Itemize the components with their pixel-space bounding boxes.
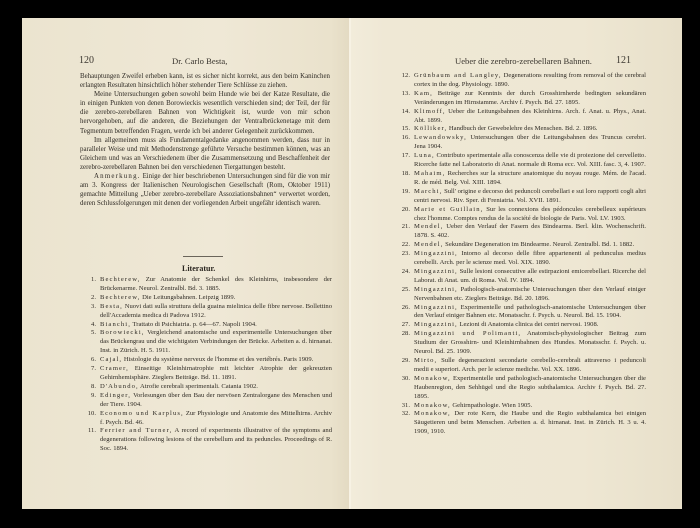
- reference-list-right: 12.Grünbaum and Langley, Degenerations r…: [394, 72, 646, 437]
- reference-item: 21.Mendel, Ueber den Verlauf der Fasern …: [394, 223, 646, 241]
- reference-number: 4.: [80, 321, 96, 330]
- reference-item: 8.D'Abundo, Atrofie cerebrali sperimenta…: [80, 383, 332, 392]
- book-spine: [349, 18, 351, 509]
- reference-number: 12.: [394, 72, 410, 81]
- reference-author: Edinger,: [100, 392, 131, 399]
- reference-author: Kölliker,: [414, 125, 447, 132]
- reference-item: 20.Marie et Guillain, Sur les connexions…: [394, 206, 646, 224]
- reference-text: Gehirnpathologie. Wien 1905.: [452, 402, 532, 409]
- reference-number: 18.: [394, 170, 410, 179]
- literature-heading: Literatur.: [182, 264, 215, 273]
- reference-number: 27.: [394, 321, 410, 330]
- reference-author: Monakow,: [414, 375, 451, 382]
- reference-author: Marie et Guillain,: [414, 206, 483, 213]
- reference-author: Monakow,: [414, 402, 451, 409]
- reference-number: 32.: [394, 410, 410, 419]
- reference-author: D'Abundo,: [100, 383, 139, 390]
- reference-author: Mingazzini,: [414, 268, 458, 275]
- reference-item: 7.Cramer, Einseitige Kleinhirnatrophie m…: [80, 365, 332, 383]
- reference-author: Kam,: [414, 90, 433, 97]
- reference-author: Mendel,: [414, 223, 444, 230]
- left-body-text: Behauptungen Zweifel erheben kann, ist e…: [80, 72, 330, 208]
- reference-author: Mirto,: [414, 357, 437, 364]
- note-label: Anmerkung.: [94, 173, 141, 180]
- reference-author: Mingazzini,: [414, 250, 458, 257]
- reference-item: 18.Mahaim, Recherches sur la structure a…: [394, 170, 646, 188]
- reference-text: Sekundäre Degeneration im Bindearme. Neu…: [445, 241, 634, 248]
- reference-item: 5.Borowiecki, Vergleichend anatomische u…: [80, 329, 332, 356]
- reference-number: 16.: [394, 134, 410, 143]
- reference-item: 27.Mingazzini, Lezioni di Anatomia clini…: [394, 321, 646, 330]
- reference-item: 13.Kam, Beiträge zur Kenntnis der durch …: [394, 90, 646, 108]
- reference-number: 28.: [394, 330, 410, 339]
- reference-author: Mingazzini,: [414, 321, 458, 328]
- paragraph: Im allgemeinen muss als Fundamentalgedan…: [80, 136, 330, 172]
- reference-item: 26.Mingazzini, Experimentelle und pathol…: [394, 304, 646, 322]
- reference-author: Mingazzini,: [414, 286, 458, 293]
- reference-author: Economo und Karplus,: [100, 410, 184, 417]
- reference-author: Besta,: [100, 303, 123, 310]
- reference-text: Einseitige Kleinhirnatrophie mit leichte…: [100, 365, 332, 381]
- reference-item: 10.Economo und Karplus, Zur Physiologie …: [80, 410, 332, 428]
- reference-item: 15.Kölliker, Handbuch der Gewebelehre de…: [394, 125, 646, 134]
- reference-text: Trattato di Psichiatria. p. 64—67. Napol…: [133, 321, 257, 328]
- reference-text: Beiträge zur Kenntnis der durch Grosshir…: [414, 90, 646, 106]
- reference-author: Cramer,: [100, 365, 129, 372]
- reference-number: 15.: [394, 125, 410, 134]
- reference-number: 2.: [80, 294, 96, 303]
- reference-item: 29.Mirto, Sulle degenerazioni secondarie…: [394, 357, 646, 375]
- reference-number: 22.: [394, 241, 410, 250]
- reference-text: Nuovi dati sulla struttura della guaina …: [100, 303, 332, 319]
- reference-author: Mahaim,: [414, 170, 445, 177]
- reference-item: 14.Klimoff, Ueber die Leitungsbahnen des…: [394, 108, 646, 126]
- reference-number: 23.: [394, 250, 410, 259]
- reference-number: 11.: [80, 427, 96, 436]
- reference-item: 30.Monakow, Experimentelle und pathologi…: [394, 375, 646, 402]
- reference-author: Luna,: [414, 152, 435, 159]
- reference-text: Ueber die Leitungsbahnen des Kleinhirns.…: [414, 108, 646, 124]
- reference-author: Lewandowsky,: [414, 134, 467, 141]
- note-paragraph: Anmerkung. Einige der hier beschriebenen…: [80, 172, 330, 208]
- right-page-number: 121: [616, 55, 631, 66]
- section-divider: [183, 256, 223, 257]
- reference-item: 17.Luna, Contributo sperimentale alla co…: [394, 152, 646, 170]
- reference-item: 24.Mingazzini, Sulle lesioni consecutive…: [394, 268, 646, 286]
- reference-number: 13.: [394, 90, 410, 99]
- reference-text: Vorlesungen über den Bau der nervösen Ze…: [100, 392, 332, 408]
- reference-number: 25.: [394, 286, 410, 295]
- reference-item: 6.Cajal, Histologie du système nerveux d…: [80, 356, 332, 365]
- reference-text: Histologie du système nerveux de l'homme…: [124, 356, 313, 363]
- reference-number: 24.: [394, 268, 410, 277]
- reference-text: Atrofie cerebrali sperimentali. Catania …: [140, 383, 258, 390]
- left-running-head: Dr. Carlo Besta,: [172, 56, 227, 66]
- reference-item: 22.Mendel, Sekundäre Degeneration im Bin…: [394, 241, 646, 250]
- reference-number: 9.: [80, 392, 96, 401]
- reference-author: Ferrier and Turner,: [100, 427, 172, 434]
- reference-author: Klimoff,: [414, 108, 446, 115]
- reference-list-left: 1.Bechterew, Zur Anatomie der Schenkel d…: [80, 276, 332, 454]
- reference-number: 7.: [80, 365, 96, 374]
- paragraph: Meine Untersuchungen geben sowohl beim H…: [80, 90, 330, 135]
- reference-author: Bechterew,: [100, 276, 140, 283]
- reference-author: Borowiecki,: [100, 329, 145, 336]
- reference-text: Sull' origine e decorso dei peduncoli ce…: [414, 188, 646, 204]
- reference-text: Die Leitungsbahnen. Leipzig 1899.: [142, 294, 235, 301]
- reference-item: 12.Grünbaum and Langley, Degenerations r…: [394, 72, 646, 90]
- reference-text: Contributo sperimentale alla conoscenza …: [414, 152, 646, 168]
- reference-text: Handbuch der Gewebelehre des Menschen. B…: [449, 125, 598, 132]
- reference-text: Sulle degenerazioni secondarie cerebello…: [414, 357, 646, 373]
- reference-item: 4.Bianchi, Trattato di Psichiatria. p. 6…: [80, 321, 332, 330]
- reference-item: 2.Bechterew, Die Leitungsbahnen. Leipzig…: [80, 294, 332, 303]
- reference-number: 5.: [80, 329, 96, 338]
- reference-author: Cajal,: [100, 356, 122, 363]
- reference-author: Bianchi,: [100, 321, 131, 328]
- reference-number: 6.: [80, 356, 96, 365]
- reference-item: 1.Bechterew, Zur Anatomie der Schenkel d…: [80, 276, 332, 294]
- reference-number: 20.: [394, 206, 410, 215]
- reference-author: Grünbaum and Langley,: [414, 72, 502, 79]
- reference-number: 3.: [80, 303, 96, 312]
- reference-item: 19.Marchi, Sull' origine e decorso dei p…: [394, 188, 646, 206]
- reference-item: 11.Ferrier and Turner, A record of exper…: [80, 427, 332, 454]
- reference-author: Bechterew,: [100, 294, 140, 301]
- reference-number: 26.: [394, 304, 410, 313]
- reference-number: 21.: [394, 223, 410, 232]
- reference-number: 8.: [80, 383, 96, 392]
- reference-item: 31.Monakow, Gehirnpathologie. Wien 1905.: [394, 402, 646, 411]
- reference-item: 23.Mingazzini, Intorno al decorso delle …: [394, 250, 646, 268]
- reference-item: 28.Mingazzini und Polimanti, Anatomisch-…: [394, 330, 646, 357]
- paragraph: Behauptungen Zweifel erheben kann, ist e…: [80, 72, 330, 90]
- reference-author: Mingazzini,: [414, 304, 458, 311]
- reference-text: Recherches sur la structure anatomique d…: [414, 170, 646, 186]
- reference-number: 17.: [394, 152, 410, 161]
- reference-author: Mendel,: [414, 241, 444, 248]
- reference-text: Lezioni di Anatomia clinica dei centri n…: [459, 321, 598, 328]
- right-running-head: Ueber die zerebro-zerebellaren Bahnen.: [455, 56, 592, 66]
- reference-item: 3.Besta, Nuovi dati sulla struttura dell…: [80, 303, 332, 321]
- reference-author: Monakow,: [414, 410, 451, 417]
- reference-number: 29.: [394, 357, 410, 366]
- reference-item: 25.Mingazzini, Pathologisch-anatomische …: [394, 286, 646, 304]
- reference-item: 16.Lewandowsky, Untersuchungen über die …: [394, 134, 646, 152]
- reference-number: 30.: [394, 375, 410, 384]
- reference-item: 32.Monakow, Der rote Kern, die Haube und…: [394, 410, 646, 437]
- reference-item: 9.Edinger, Vorlesungen über den Bau der …: [80, 392, 332, 410]
- reference-number: 1.: [80, 276, 96, 285]
- reference-author: Mingazzini und Polimanti,: [414, 330, 521, 337]
- reference-author: Marchi,: [414, 188, 442, 195]
- left-page-number: 120: [79, 55, 94, 66]
- reference-number: 14.: [394, 108, 410, 117]
- reference-number: 10.: [80, 410, 96, 419]
- reference-text: Ueber den Verlauf der Fasern des Bindear…: [414, 223, 646, 239]
- reference-number: 19.: [394, 188, 410, 197]
- reference-number: 31.: [394, 402, 410, 411]
